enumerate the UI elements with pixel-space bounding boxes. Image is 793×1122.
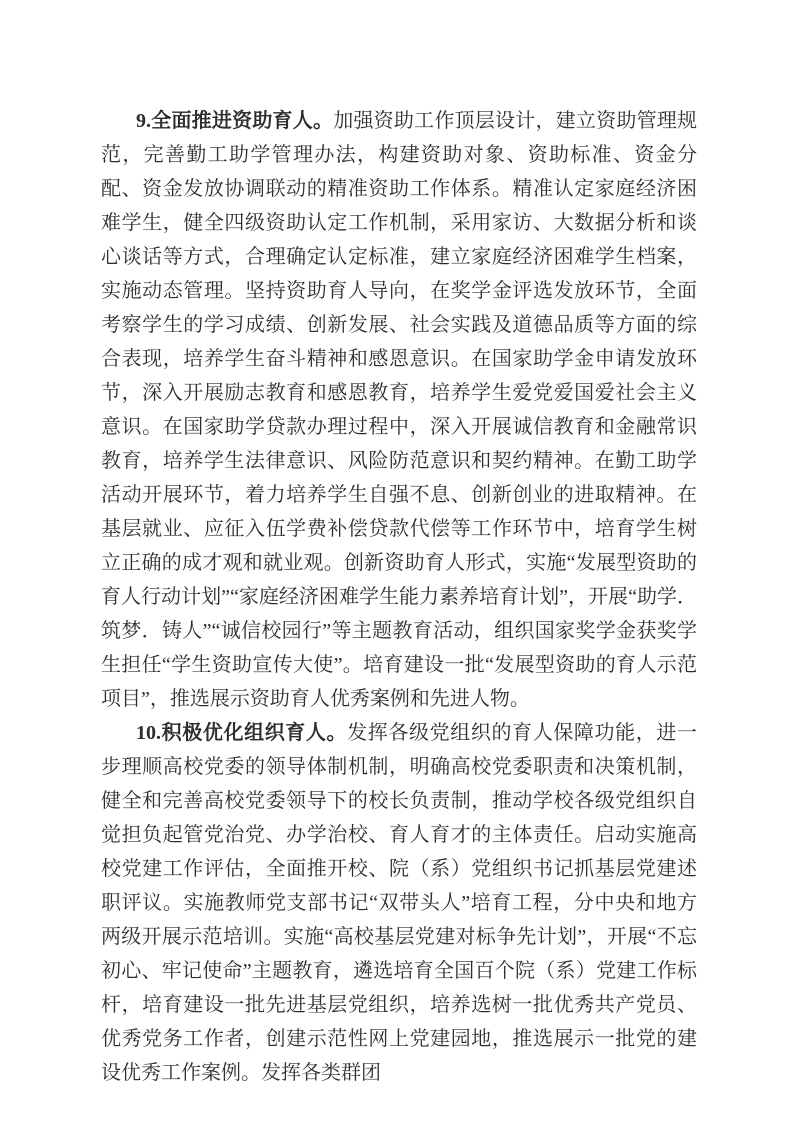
paragraph-10: 10.积极优化组织育人。发挥各级党组织的育人保障功能，进一步理顺高校党委的领导体… [101,716,697,1090]
paragraph-9-heading: 9.全面推进资助育人。 [136,110,333,132]
document-text-block: 9.全面推进资助育人。加强资助工作顶层设计，建立资助管理规范，完善勤工助学管理办… [101,104,697,1090]
document-page: 9.全面推进资助育人。加强资助工作顶层设计，建立资助管理规范，完善勤工助学管理办… [0,0,793,1122]
paragraph-9: 9.全面推进资助育人。加强资助工作顶层设计，建立资助管理规范，完善勤工助学管理办… [101,104,697,716]
paragraph-9-body: 加强资助工作顶层设计，建立资助管理规范，完善勤工助学管理办法，构建资助对象、资助… [101,110,697,710]
paragraph-10-heading: 10.积极优化组织育人。 [136,722,347,744]
paragraph-10-body: 发挥各级党组织的育人保障功能，进一步理顺高校党委的领导体制机制，明确高校党委职责… [101,722,697,1084]
